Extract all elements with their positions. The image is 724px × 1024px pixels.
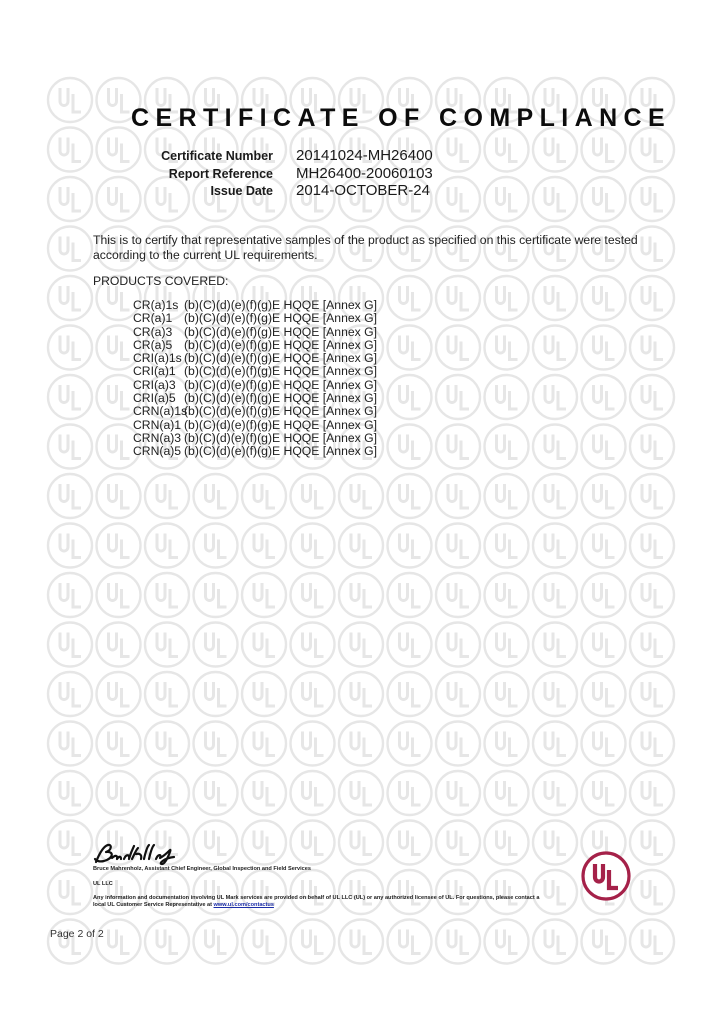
list-item: CRN(a)1(b)(C)(d)(e)(f)(g)E HQQE [Annex G…: [133, 419, 377, 432]
list-item: CR(a)1s(b)(C)(d)(e)(f)(g)E HQQE [Annex G…: [133, 299, 377, 312]
list-item: CR(a)5(b)(C)(d)(e)(f)(g)E HQQE [Annex G]: [133, 339, 377, 352]
list-item: CRI(a)1(b)(C)(d)(e)(f)(g)E HQQE [Annex G…: [133, 365, 377, 378]
product-spec: (b)(C)(d)(e)(f)(g)E HQQE [Annex G]: [184, 299, 377, 312]
product-spec: (b)(C)(d)(e)(f)(g)E HQQE [Annex G]: [184, 405, 377, 418]
page-number: Page 2 of 2: [50, 928, 104, 940]
field-label: Issue Date: [100, 184, 273, 198]
product-spec: (b)(C)(d)(e)(f)(g)E HQQE [Annex G]: [184, 379, 377, 392]
list-item: CRN(a)1s(b)(C)(d)(e)(f)(g)E HQQE [Annex …: [133, 405, 377, 418]
products-list: CR(a)1s(b)(C)(d)(e)(f)(g)E HQQE [Annex G…: [133, 299, 377, 459]
product-code: CRN(a)1: [133, 419, 184, 432]
product-spec: (b)(C)(d)(e)(f)(g)E HQQE [Annex G]: [184, 392, 377, 405]
field-value: MH26400-20060103: [296, 165, 433, 182]
product-spec: (b)(C)(d)(e)(f)(g)E HQQE [Annex G]: [184, 326, 377, 339]
product-spec: (b)(C)(d)(e)(f)(g)E HQQE [Annex G]: [184, 339, 377, 352]
product-code: CRI(a)1s: [133, 352, 184, 365]
list-item: CR(a)1(b)(C)(d)(e)(f)(g)E HQQE [Annex G]: [133, 312, 377, 325]
field-label: Report Reference: [100, 167, 273, 181]
product-spec: (b)(C)(d)(e)(f)(g)E HQQE [Annex G]: [184, 352, 377, 365]
field-value: 20141024-MH26400: [296, 147, 433, 164]
field-certificate-number: Certificate Number 20141024-MH26400: [100, 147, 520, 165]
list-item: CRI(a)5(b)(C)(d)(e)(f)(g)E HQQE [Annex G…: [133, 392, 377, 405]
product-code: CR(a)1: [133, 312, 184, 325]
page-title: CERTIFICATE OF COMPLIANCE: [131, 104, 671, 133]
company-name: UL LLC: [93, 881, 113, 887]
list-item: CRN(a)3(b)(C)(d)(e)(f)(g)E HQQE [Annex G…: [133, 432, 377, 445]
certification-statement: This is to certify that representative s…: [93, 233, 653, 263]
product-code: CRI(a)1: [133, 365, 184, 378]
field-value: 2014-OCTOBER-24: [296, 182, 430, 199]
product-code: CRI(a)5: [133, 392, 184, 405]
product-code: CR(a)3: [133, 326, 184, 339]
product-code: CRI(a)3: [133, 379, 184, 392]
certificate-fields: Certificate Number 20141024-MH26400 Repo…: [100, 147, 520, 200]
product-code: CR(a)1s: [133, 299, 184, 312]
product-spec: (b)(C)(d)(e)(f)(g)E HQQE [Annex G]: [184, 312, 377, 325]
field-label: Certificate Number: [100, 149, 273, 163]
list-item: CRN(a)5(b)(C)(d)(e)(f)(g)E HQQE [Annex G…: [133, 445, 377, 458]
signer-name: Bruce Mahrenholz, Assistant Chief Engine…: [93, 866, 311, 872]
product-code: CRN(a)1s: [133, 405, 184, 418]
field-issue-date: Issue Date 2014-OCTOBER-24: [100, 182, 520, 200]
product-code: CRN(a)5: [133, 445, 184, 458]
list-item: CRI(a)3(b)(C)(d)(e)(f)(g)E HQQE [Annex G…: [133, 379, 377, 392]
product-spec: (b)(C)(d)(e)(f)(g)E HQQE [Annex G]: [184, 365, 377, 378]
disclaimer: Any information and documentation involv…: [93, 895, 553, 909]
product-code: CR(a)5: [133, 339, 184, 352]
products-heading: PRODUCTS COVERED:: [93, 274, 228, 288]
list-item: CRI(a)1s(b)(C)(d)(e)(f)(g)E HQQE [Annex …: [133, 352, 377, 365]
product-code: CRN(a)3: [133, 432, 184, 445]
field-report-reference: Report Reference MH26400-20060103: [100, 165, 520, 183]
product-spec: (b)(C)(d)(e)(f)(g)E HQQE [Annex G]: [184, 445, 377, 458]
ul-logo: [580, 850, 632, 907]
disclaimer-text: Any information and documentation involv…: [93, 895, 539, 908]
product-spec: (b)(C)(d)(e)(f)(g)E HQQE [Annex G]: [184, 419, 377, 432]
product-spec: (b)(C)(d)(e)(f)(g)E HQQE [Annex G]: [184, 432, 377, 445]
list-item: CR(a)3(b)(C)(d)(e)(f)(g)E HQQE [Annex G]: [133, 326, 377, 339]
contact-link[interactable]: www.ul.com/contactus: [214, 902, 274, 908]
